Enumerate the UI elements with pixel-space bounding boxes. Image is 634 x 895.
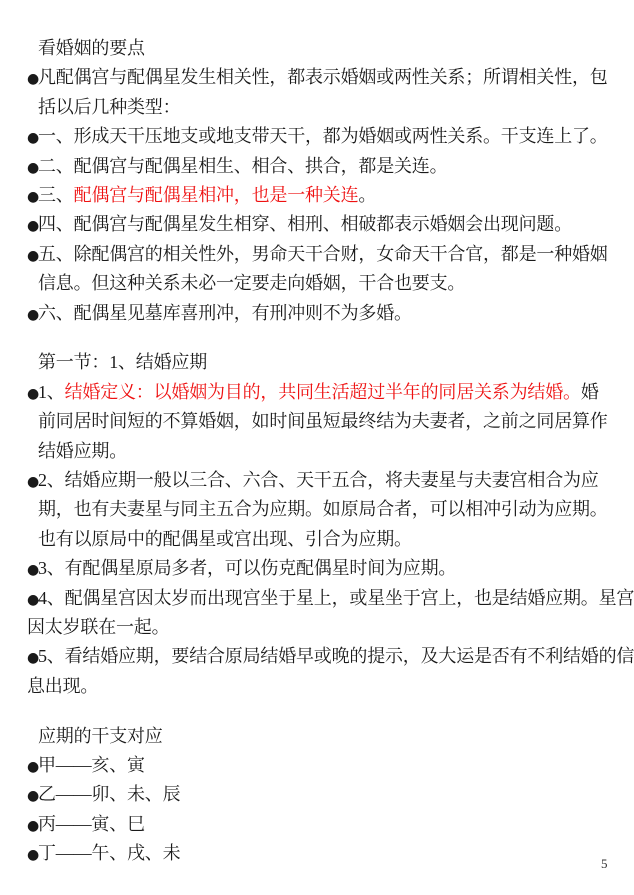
bullet-line: ●甲——亥、寅 bbox=[27, 751, 627, 780]
text-segment: 丙——寅、巳 bbox=[38, 814, 145, 834]
continuation-line: 括以后几种类型： bbox=[27, 93, 627, 122]
bullet-icon: ● bbox=[27, 212, 38, 241]
text-segment: 因太岁联在一起。 bbox=[27, 617, 169, 637]
bullet-line: ●2、结婚应期一般以三合、六合、天干五合，将夫妻星与夫妻宫相合为应 bbox=[27, 466, 627, 495]
highlighted-text: 结婚定义：以婚姻为目的，共同生活超过半年的同居关系为结婚。 bbox=[65, 382, 581, 402]
continuation-line: 结婚应期。 bbox=[27, 437, 627, 466]
bullet-icon: ● bbox=[27, 841, 38, 870]
bullet-line: ●五、除配偶宫的相关性外，男命天干合财，女命天干合官，都是一种婚姻 bbox=[27, 240, 627, 269]
text-segment: 1、 bbox=[38, 382, 65, 402]
text-segment: 也有以原局中的配偶星或宫出现、引合为应期。 bbox=[38, 529, 412, 549]
text-segment: 第一节：1、结婚应期 bbox=[38, 352, 207, 372]
text-segment: 一、形成天干压地支或地支带天干，都为婚姻或两性关系。干支连上了。 bbox=[38, 126, 608, 146]
bullet-line: ●4、配偶星宫因太岁而出现宫坐于星上，或星坐于宫上，也是结婚应期。星宫 bbox=[27, 584, 627, 613]
bullet-icon: ● bbox=[27, 468, 38, 497]
bullet-icon: ● bbox=[27, 380, 38, 409]
bullet-icon: ● bbox=[27, 301, 38, 330]
bullet-line: ●一、形成天干压地支或地支带天干，都为婚姻或两性关系。干支连上了。 bbox=[27, 122, 627, 151]
text-segment: 三、 bbox=[38, 185, 74, 205]
bullet-line: ●六、配偶星见墓库喜刑冲，有刑冲则不为多婚。 bbox=[27, 299, 627, 328]
bullet-icon: ● bbox=[27, 556, 38, 585]
document-body: 看婚姻的要点●凡配偶宫与配偶星发生相关性，都表示婚姻或两性关系；所谓相关性，包括… bbox=[27, 34, 627, 869]
text-segment: 息出现。 bbox=[27, 676, 98, 696]
bullet-icon: ● bbox=[27, 242, 38, 271]
text-segment: 甲——亥、寅 bbox=[38, 755, 145, 775]
text-segment: 乙——卯、未、辰 bbox=[38, 784, 180, 804]
continuation-line: 信息。但这种关系未必一定要走向婚姻，干合也要支。 bbox=[27, 269, 627, 298]
text-segment: 3、有配偶星原局多者，可以伤克配偶星时间为应期。 bbox=[38, 558, 456, 578]
bullet-icon: ● bbox=[27, 65, 38, 94]
text-segment: 凡配偶宫与配偶星发生相关性，都表示婚姻或两性关系；所谓相关性，包 bbox=[38, 67, 608, 87]
bullet-line: ●四、配偶宫与配偶星发生相穿、相刑、相破都表示婚姻会出现问题。 bbox=[27, 210, 627, 239]
bullet-icon: ● bbox=[27, 183, 38, 212]
highlighted-text: 配偶宫与配偶星相冲，也是一种关连 bbox=[74, 185, 359, 205]
text-segment: 四、配偶宫与配偶星发生相穿、相刑、相破都表示婚姻会出现问题。 bbox=[38, 214, 572, 234]
text-segment: 。 bbox=[358, 185, 376, 205]
text-segment: 2、结婚应期一般以三合、六合、天干五合，将夫妻星与夫妻宫相合为应 bbox=[38, 470, 599, 490]
bullet-icon: ● bbox=[27, 586, 38, 615]
text-segment: 4、配偶星宫因太岁而出现宫坐于星上，或星坐于宫上，也是结婚应期。星宫 bbox=[38, 588, 634, 608]
bullet-line: ●三、配偶宫与配偶星相冲，也是一种关连。 bbox=[27, 181, 627, 210]
continuation-line: 前同居时间短的不算婚姻，如时间虽短最终结为夫妻者，之前之同居算作 bbox=[27, 407, 627, 436]
text-segment: 信息。但这种关系未必一定要走向婚姻，干合也要支。 bbox=[38, 273, 465, 293]
text-segment: 丁——午、戌、未 bbox=[38, 843, 180, 863]
bullet-line: ●乙——卯、未、辰 bbox=[27, 780, 627, 809]
text-segment: 应期的干支对应 bbox=[38, 726, 163, 746]
bullet-icon: ● bbox=[27, 644, 38, 673]
text-segment: 六、配偶星见墓库喜刑冲，有刑冲则不为多婚。 bbox=[38, 303, 412, 323]
doc-title: 看婚姻的要点 bbox=[27, 34, 627, 63]
text-segment: 前同居时间短的不算婚姻，如时间虽短最终结为夫妻者，之前之同居算作 bbox=[38, 411, 608, 431]
continuation-line: 期，也有夫妻星与同主五合为应期。如原局合者，可以相冲引动为应期。 bbox=[27, 495, 627, 524]
bullet-icon: ● bbox=[27, 782, 38, 811]
bullet-icon: ● bbox=[27, 154, 38, 183]
continuation-line: 也有以原局中的配偶星或宫出现、引合为应期。 bbox=[27, 525, 627, 554]
bullet-icon: ● bbox=[27, 812, 38, 841]
bullet-line: ●凡配偶宫与配偶星发生相关性，都表示婚姻或两性关系；所谓相关性，包 bbox=[27, 63, 627, 92]
section-heading: 第一节：1、结婚应期 bbox=[27, 348, 627, 377]
bullet-line: ●丙——寅、巳 bbox=[27, 810, 627, 839]
bullet-line: ●3、有配偶星原局多者，可以伤克配偶星时间为应期。 bbox=[27, 554, 627, 583]
continuation-line: 因太岁联在一起。 bbox=[27, 613, 627, 642]
text-segment: 括以后几种类型： bbox=[38, 97, 180, 117]
text-segment: 结婚应期。 bbox=[38, 441, 127, 461]
bullet-line: ●丁——午、戌、未 bbox=[27, 839, 627, 868]
text-segment: 5、看结婚应期，要结合原局结婚早或晚的提示，及大运是否有不利结婚的信 bbox=[38, 646, 634, 666]
bullet-line: ●1、结婚定义：以婚姻为目的，共同生活超过半年的同居关系为结婚。婚 bbox=[27, 378, 627, 407]
page-number: 5 bbox=[601, 856, 608, 872]
text-segment: 看婚姻的要点 bbox=[38, 38, 145, 58]
document-page: 看婚姻的要点●凡配偶宫与配偶星发生相关性，都表示婚姻或两性关系；所谓相关性，包括… bbox=[0, 0, 634, 895]
text-segment: 期，也有夫妻星与同主五合为应期。如原局合者，可以相冲引动为应期。 bbox=[38, 499, 608, 519]
text-segment: 婚 bbox=[581, 382, 599, 402]
bullet-icon: ● bbox=[27, 753, 38, 782]
text-segment: 五、除配偶宫的相关性外，男命天干合财，女命天干合官，都是一种婚姻 bbox=[38, 244, 608, 264]
bullet-icon: ● bbox=[27, 124, 38, 153]
section-heading: 应期的干支对应 bbox=[27, 722, 627, 751]
continuation-line: 息出现。 bbox=[27, 672, 627, 701]
text-segment: 二、配偶宫与配偶星相生、相合、拱合，都是关连。 bbox=[38, 156, 447, 176]
bullet-line: ●二、配偶宫与配偶星相生、相合、拱合，都是关连。 bbox=[27, 152, 627, 181]
bullet-line: ●5、看结婚应期，要结合原局结婚早或晚的提示，及大运是否有不利结婚的信 bbox=[27, 642, 627, 671]
